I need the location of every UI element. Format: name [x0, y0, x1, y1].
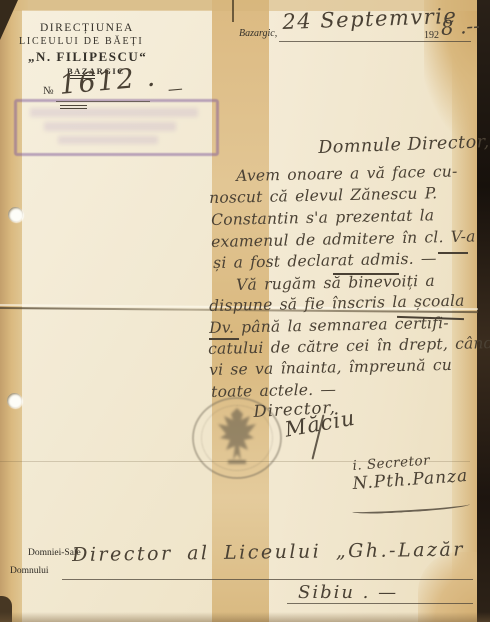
recipient-city-handwritten: Sibiu . — [298, 582, 398, 603]
address-rule-line-1 [62, 579, 473, 580]
underline-dv [209, 338, 239, 340]
stamp-faded-text-line [30, 108, 198, 117]
dateline-place-printed: Bazargic, [239, 28, 277, 39]
stamp-faded-text-line [58, 136, 158, 144]
letterhead-line-1: DIRECȚIUNEA [40, 22, 134, 34]
letterhead-line-2: LICEULUI DE BĂEȚI [19, 36, 143, 47]
number-rule-line [56, 101, 150, 102]
dateline-year-printed: 192 [424, 30, 439, 41]
year-digit-handwritten: 8 .-- [440, 13, 481, 40]
punch-hole-bottom [7, 393, 22, 408]
address-rule-line-2 [287, 603, 473, 604]
underline-admis [333, 273, 399, 275]
number-double-underline [60, 105, 87, 109]
photo-border-right [477, 0, 490, 622]
scanned-letter-page: DIRECȚIUNEA LICEULUI DE BĂEȚI „N. FILIPE… [0, 0, 490, 622]
crease-mark-top [232, 0, 234, 22]
underline-class [438, 252, 468, 254]
date-rule-line [279, 41, 471, 42]
number-label: № [43, 85, 54, 97]
stamp-faded-text-line [44, 122, 176, 131]
letterhead-school-name: „N. FILIPESCU“ [28, 49, 147, 65]
bottom-shadow [0, 612, 490, 622]
address-to-label-printed: Domnului [10, 566, 49, 576]
punch-hole-top [8, 207, 23, 222]
